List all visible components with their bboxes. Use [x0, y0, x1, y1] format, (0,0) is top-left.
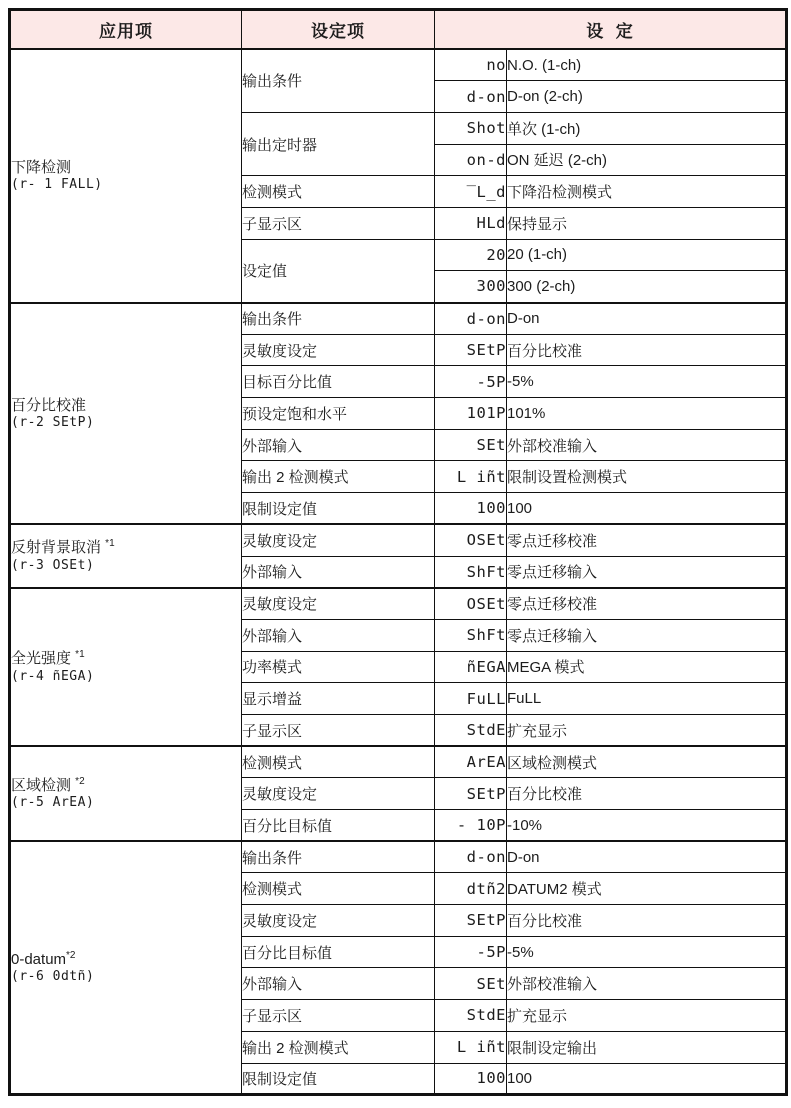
setting-description-cell: 零点迁移校准 — [507, 588, 787, 620]
display-value-cell: 100 — [435, 493, 507, 525]
application-code: (r- 1 FALL) — [11, 177, 241, 193]
setting-description-cell: -5% — [507, 366, 787, 398]
setting-item-cell: 输出条件 — [242, 303, 435, 335]
setting-item-cell: 外部输入 — [242, 556, 435, 588]
display-value-cell: ñEGA — [435, 651, 507, 683]
setting-item-cell: 输出条件 — [242, 49, 435, 112]
setting-description-cell: 保持显示 — [507, 207, 787, 239]
setting-item-cell: 显示增益 — [242, 683, 435, 715]
setting-item-cell: 子显示区 — [242, 207, 435, 239]
column-header-setting-item: 设定项 — [242, 10, 435, 50]
setting-item-cell: 百分比目标值 — [242, 936, 435, 968]
setting-description-cell: FuLL — [507, 683, 787, 715]
setting-item-cell: 功率模式 — [242, 651, 435, 683]
setting-description-cell: 限制设定输出 — [507, 1031, 787, 1063]
setting-description-cell: 百分比校准 — [507, 334, 787, 366]
setting-item-cell: 子显示区 — [242, 1000, 435, 1032]
setting-item-cell: 预设定饱和水平 — [242, 398, 435, 430]
setting-description-cell: D-on (2-ch) — [507, 81, 787, 113]
display-value-cell: 300 — [435, 271, 507, 303]
setting-description-cell: 零点迁移输入 — [507, 556, 787, 588]
display-value-cell: 20 — [435, 239, 507, 271]
table-row: 0-datum*2(r-6 0dtñ)输出条件d-onD-on — [10, 841, 787, 873]
display-value-cell: StdE — [435, 714, 507, 746]
display-value-cell: on-d — [435, 144, 507, 176]
setting-item-cell: 检测模式 — [242, 746, 435, 778]
setting-description-cell: 扩充显示 — [507, 1000, 787, 1032]
setting-item-cell: 目标百分比值 — [242, 366, 435, 398]
application-name: 反射背景取消 *1 — [11, 538, 241, 558]
setting-item-cell: 输出条件 — [242, 841, 435, 873]
setting-item-cell: 检测模式 — [242, 176, 435, 208]
setting-description-cell: -10% — [507, 810, 787, 842]
application-name: 0-datum*2 — [11, 950, 241, 970]
setting-description-cell: 零点迁移输入 — [507, 619, 787, 651]
setting-description-cell: 零点迁移校准 — [507, 524, 787, 556]
setting-item-cell: 限制设定值 — [242, 1063, 435, 1095]
display-value-cell: - 10P — [435, 810, 507, 842]
setting-description-cell: 扩充显示 — [507, 714, 787, 746]
setting-description-cell: 单次 (1-ch) — [507, 112, 787, 144]
display-value-cell: -5P — [435, 936, 507, 968]
setting-description-cell: 300 (2-ch) — [507, 271, 787, 303]
application-cell: 反射背景取消 *1(r-3 OSEt) — [10, 524, 242, 587]
display-value-cell: dtñ2 — [435, 873, 507, 905]
setting-description-cell: 100 — [507, 1063, 787, 1095]
setting-item-cell: 灵敏度设定 — [242, 778, 435, 810]
setting-description-cell: 区域检测模式 — [507, 746, 787, 778]
setting-description-cell: 20 (1-ch) — [507, 239, 787, 271]
setting-description-cell: MEGA 模式 — [507, 651, 787, 683]
footnote-marker: *2 — [75, 776, 84, 787]
setting-description-cell: 100 — [507, 493, 787, 525]
display-value-cell: StdE — [435, 1000, 507, 1032]
application-cell: 百分比校准(r-2 SEtP) — [10, 303, 242, 525]
application-cell: 区域检测 *2(r-5 ArEA) — [10, 746, 242, 841]
setting-description-cell: N.O. (1-ch) — [507, 49, 787, 81]
display-value-cell: SEtP — [435, 778, 507, 810]
table-row: 区域检测 *2(r-5 ArEA)检测模式ArEA区域检测模式 — [10, 746, 787, 778]
display-value-cell: d-on — [435, 81, 507, 113]
setting-description-cell: 下降沿检测模式 — [507, 176, 787, 208]
application-code: (r-2 SEtP) — [11, 415, 241, 431]
footnote-marker: *1 — [75, 649, 84, 660]
display-value-cell: ShFt — [435, 556, 507, 588]
setting-description-cell: ON 延迟 (2-ch) — [507, 144, 787, 176]
setting-description-cell: D-on — [507, 841, 787, 873]
display-value-cell: SEt — [435, 429, 507, 461]
application-name: 区域检测 *2 — [11, 776, 241, 796]
setting-item-cell: 限制设定值 — [242, 493, 435, 525]
display-value-cell: OSEt — [435, 524, 507, 556]
setting-item-cell: 检测模式 — [242, 873, 435, 905]
setting-description-cell: 外部校准输入 — [507, 968, 787, 1000]
display-value-cell: 101P — [435, 398, 507, 430]
display-value-cell: ShFt — [435, 619, 507, 651]
setting-item-cell: 灵敏度设定 — [242, 905, 435, 937]
display-value-cell: HLd — [435, 207, 507, 239]
application-cell: 全光强度 *1(r-4 ñEGA) — [10, 588, 242, 746]
table-row: 下降检测(r- 1 FALL)输出条件noN.O. (1-ch) — [10, 49, 787, 81]
display-value-cell: d-on — [435, 303, 507, 335]
application-name: 全光强度 *1 — [11, 649, 241, 669]
setting-item-cell: 灵敏度设定 — [242, 524, 435, 556]
setting-description-cell: D-on — [507, 303, 787, 335]
display-value-cell: OSEt — [435, 588, 507, 620]
display-value-cell: L iñt — [435, 1031, 507, 1063]
display-value-cell: no — [435, 49, 507, 81]
setting-description-cell: 外部校准输入 — [507, 429, 787, 461]
application-name: 百分比校准 — [11, 396, 241, 416]
setting-item-cell: 外部输入 — [242, 968, 435, 1000]
footnote-marker: *2 — [66, 950, 75, 961]
setting-item-cell: 输出 2 检测模式 — [242, 1031, 435, 1063]
display-value-cell: SEt — [435, 968, 507, 1000]
display-value-cell: ‾L_d — [435, 176, 507, 208]
setting-description-cell: 限制设置检测模式 — [507, 461, 787, 493]
setting-item-cell: 外部输入 — [242, 619, 435, 651]
table-row: 全光强度 *1(r-4 ñEGA)灵敏度设定OSEt零点迁移校准 — [10, 588, 787, 620]
table-row: 百分比校准(r-2 SEtP)输出条件d-onD-on — [10, 303, 787, 335]
setting-item-cell: 设定值 — [242, 239, 435, 302]
display-value-cell: ArEA — [435, 746, 507, 778]
table-row: 反射背景取消 *1(r-3 OSEt)灵敏度设定OSEt零点迁移校准 — [10, 524, 787, 556]
setting-description-cell: 101% — [507, 398, 787, 430]
footnote-marker: *1 — [105, 538, 114, 549]
display-value-cell: -5P — [435, 366, 507, 398]
display-value-cell: d-on — [435, 841, 507, 873]
setting-item-cell: 灵敏度设定 — [242, 588, 435, 620]
setting-item-cell: 输出定时器 — [242, 112, 435, 175]
application-code: (r-5 ArEA) — [11, 795, 241, 811]
application-name: 下降检测 — [11, 158, 241, 178]
display-value-cell: L iñt — [435, 461, 507, 493]
application-code: (r-3 OSEt) — [11, 558, 241, 574]
application-cell: 下降检测(r- 1 FALL) — [10, 49, 242, 303]
column-header-application: 应用项 — [10, 10, 242, 50]
setting-description-cell: 百分比校准 — [507, 905, 787, 937]
setting-item-cell: 灵敏度设定 — [242, 334, 435, 366]
setting-description-cell: -5% — [507, 936, 787, 968]
display-value-cell: FuLL — [435, 683, 507, 715]
column-header-setting: 设 定 — [435, 10, 787, 50]
setting-item-cell: 百分比目标值 — [242, 810, 435, 842]
application-code: (r-6 0dtñ) — [11, 969, 241, 985]
application-code: (r-4 ñEGA) — [11, 669, 241, 685]
settings-table: 应用项 设定项 设 定 下降检测(r- 1 FALL)输出条件noN.O. (1… — [8, 8, 788, 1096]
application-cell: 0-datum*2(r-6 0dtñ) — [10, 841, 242, 1095]
table-body: 下降检测(r- 1 FALL)输出条件noN.O. (1-ch)d-onD-on… — [10, 49, 787, 1095]
setting-description-cell: 百分比校准 — [507, 778, 787, 810]
setting-item-cell: 输出 2 检测模式 — [242, 461, 435, 493]
display-value-cell: Shot — [435, 112, 507, 144]
display-value-cell: 100 — [435, 1063, 507, 1095]
display-value-cell: SEtP — [435, 334, 507, 366]
setting-description-cell: DATUM2 模式 — [507, 873, 787, 905]
setting-item-cell: 子显示区 — [242, 714, 435, 746]
header-row: 应用项 设定项 设 定 — [10, 10, 787, 50]
manual-page: 应用项 设定项 设 定 下降检测(r- 1 FALL)输出条件noN.O. (1… — [0, 0, 791, 1108]
setting-item-cell: 外部输入 — [242, 429, 435, 461]
display-value-cell: SEtP — [435, 905, 507, 937]
